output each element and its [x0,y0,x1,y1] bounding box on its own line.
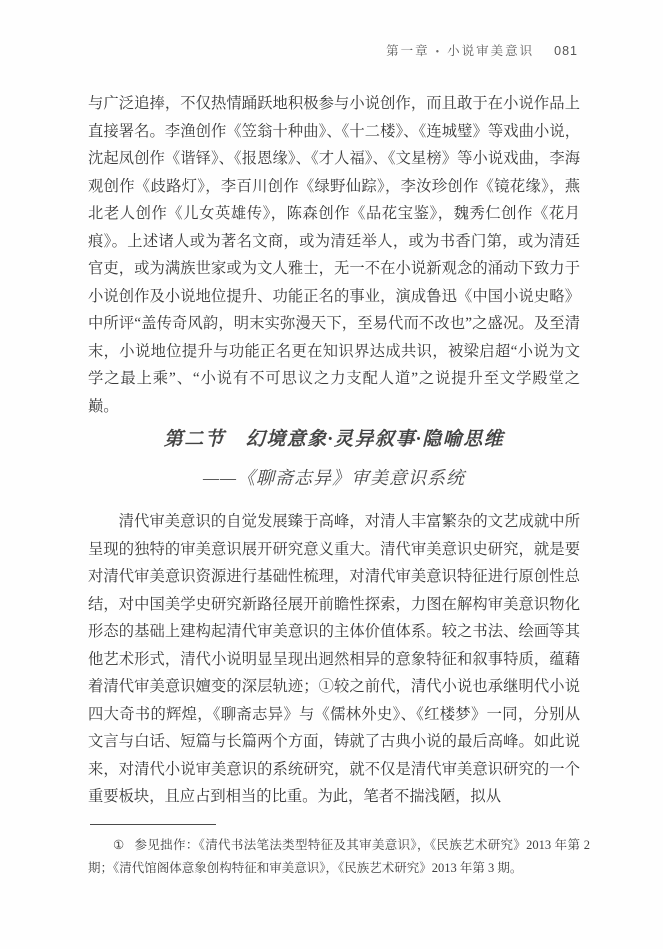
section-heading-subtitle: ——《聊斋志异》审美意识系统 [88,464,580,490]
footnote-separator-rule [90,824,216,825]
section-heading: 第二节 幻境意象·灵异叙事·隐喻思维 ——《聊斋志异》审美意识系统 [88,424,580,490]
footnote-text: 参见拙作：《清代书法笔法类型特征及其审美意识》，《民族艺术研究》2013 年第 … [88,838,590,875]
book-page: 第一章•小说审美意识081 与广泛追捧，不仅热情踊跃地积极参与小说创作，而且敢于… [0,0,663,949]
running-header: 第一章•小说审美意识081 [386,41,578,59]
section-heading-title: 第二节 幻境意象·灵异叙事·隐喻思维 [88,424,580,451]
running-header-chapter: 第一章 [386,44,430,58]
body-paragraph-1: 与广泛追捧，不仅热情踊跃地积极参与小说创作，而且敢于在小说作品上直接署名。李渔创… [88,90,580,420]
body-paragraph-2: 清代审美意识的自觉发展臻于高峰，对清人丰富繁杂的文艺成就中所呈现的独特的审美意识… [88,508,580,811]
running-header-section-title: 小说审美意识 [447,44,534,58]
footnote-marker: ① [113,838,125,852]
header-separator-dot-icon: • [436,47,442,58]
page-number: 081 [554,44,578,58]
footnote: ①参见拙作：《清代书法笔法类型特征及其审美意识》，《民族艺术研究》2013 年第… [88,834,590,880]
